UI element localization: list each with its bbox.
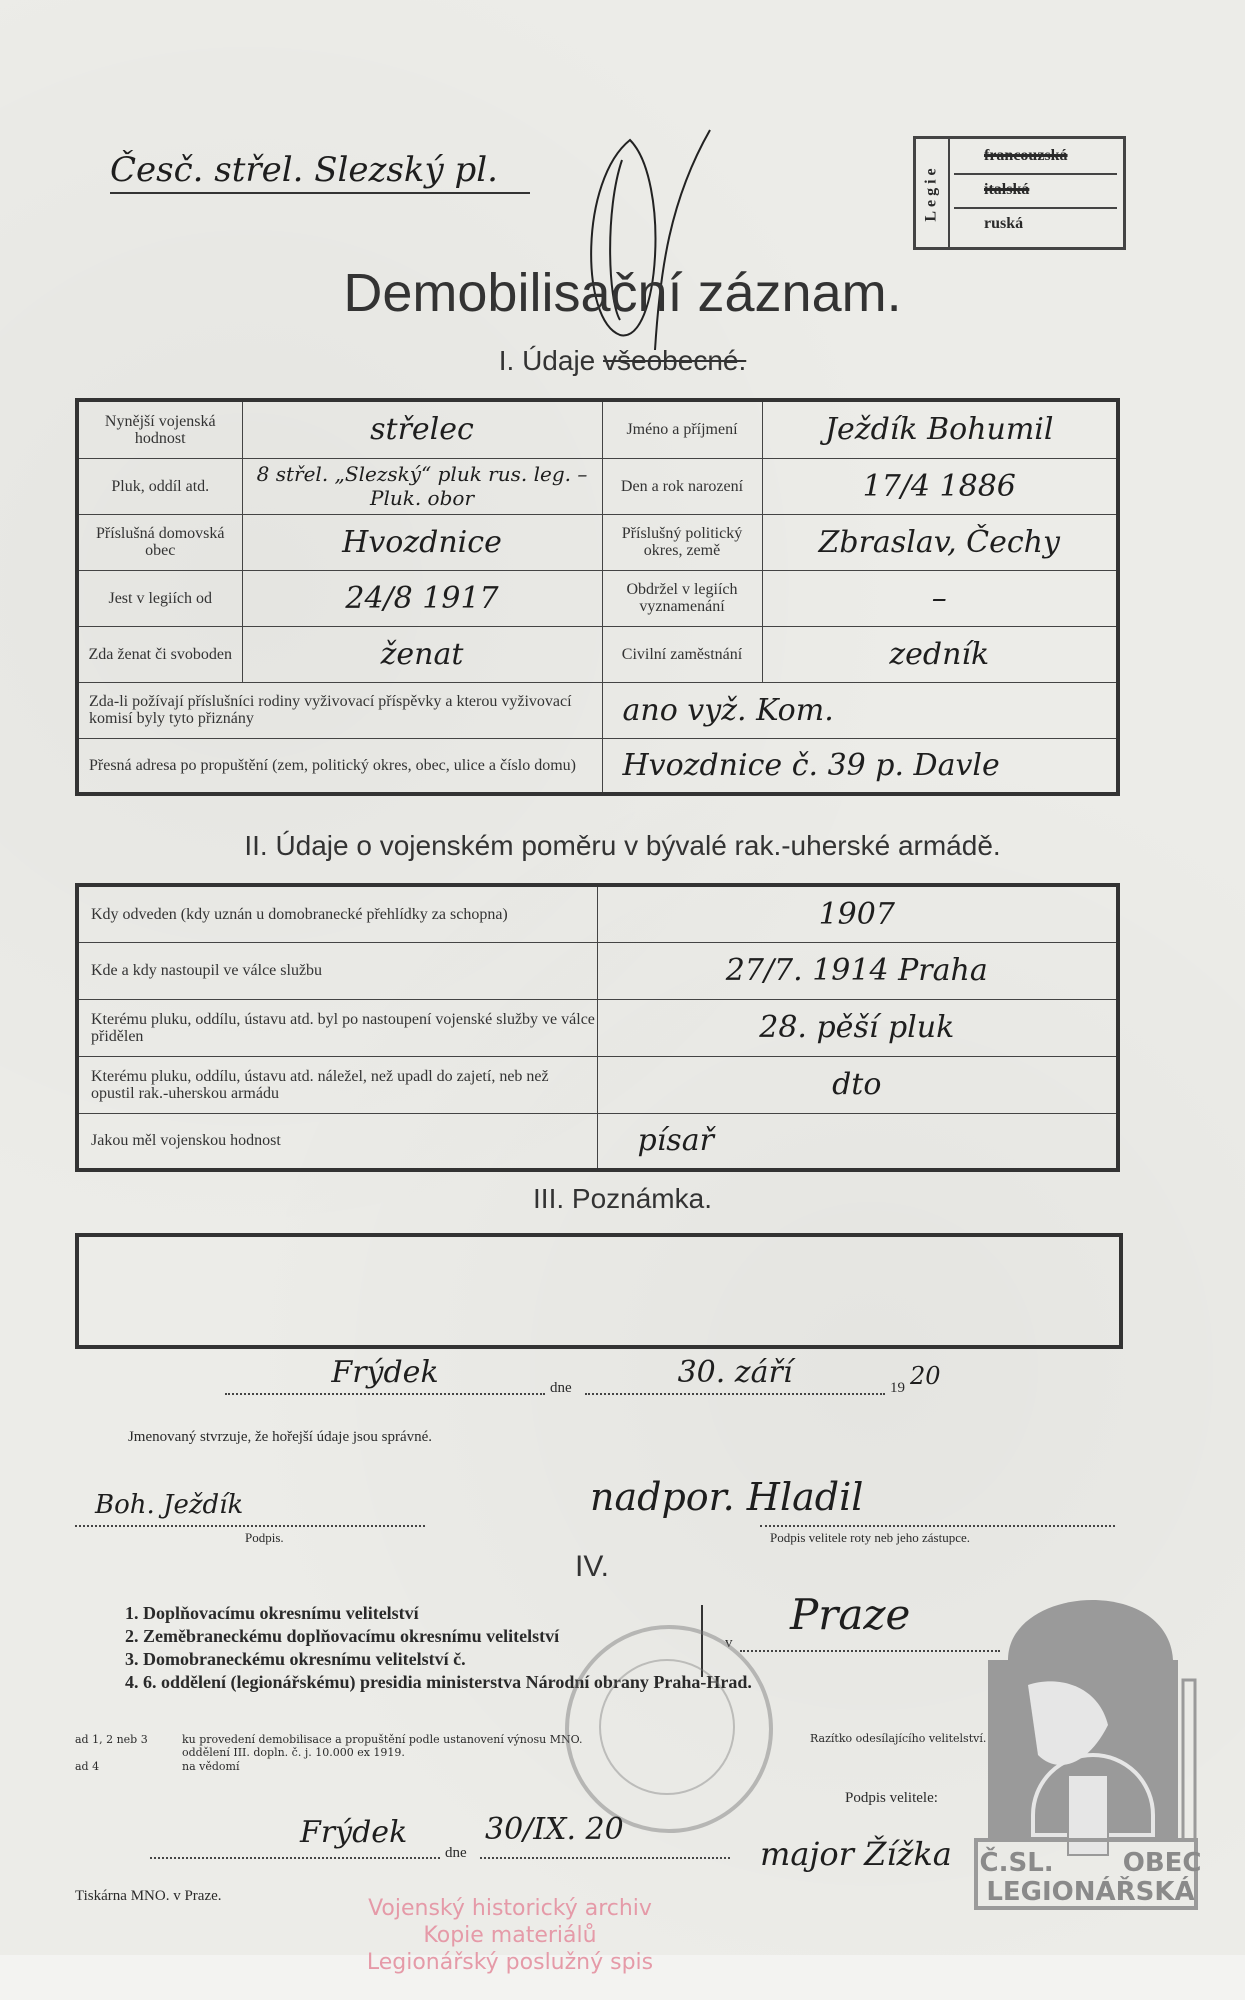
legie-option-italian: italská (954, 173, 1117, 209)
table-row: Přesná adresa po propuštění (zem, politi… (77, 738, 1118, 794)
table-row: Jakou měl vojenskou hodnost písař (77, 1113, 1118, 1170)
commander-sig-label: Podpis velitele: (845, 1790, 938, 1807)
document-page: Česč. střel. Slezský pl. Legie francouzs… (0, 0, 1245, 1955)
dispatch-dne-label: dne (445, 1845, 467, 1862)
stamp-label: Razítko odesílajícího velitelství. (810, 1732, 986, 1745)
field-value: – (762, 570, 1118, 626)
printer-label: Tiskárna MNO. v Praze. (75, 1888, 222, 1905)
field-value: písař (597, 1113, 1118, 1170)
field-label: Kde a kdy nastoupil ve válce službu (77, 942, 597, 999)
field-value: 27/7. 1914 Praha (597, 942, 1118, 999)
field-value: dto (597, 1056, 1118, 1113)
note-text-1: ku provedení demobilisace a propuštění p… (182, 1733, 602, 1759)
legion-logo: Č.SL. OBEC LEGIONÁŘSKÁ (968, 1565, 1213, 1910)
table-row: Zda-li požívají příslušníci rodiny vyživ… (77, 682, 1118, 738)
soldier-signature-label: Podpis. (245, 1530, 284, 1546)
field-label: Kterému pluku, oddílu, ústavu atd. byl p… (77, 999, 597, 1056)
field-value: Zbraslav, Čechy (762, 514, 1118, 570)
soldier-signature: Boh. Ježdík (95, 1490, 243, 1520)
section1-title: I. Údaje všeobecné. (0, 345, 1245, 377)
field-label: Příslušný politický okres, země (602, 514, 762, 570)
table-row: Kdy odveden (kdy uznán u domobranecké př… (77, 885, 1118, 942)
field-value: střelec (242, 400, 602, 458)
table-row: Jest v legiích od 24/8 1917 Obdržel v le… (77, 570, 1118, 626)
field-label: Přesná adresa po propuštění (zem, politi… (77, 738, 602, 794)
field-label: Nynější vojenská hodnost (77, 400, 242, 458)
commander-sig-value: major Žížka (760, 1835, 952, 1873)
commander-signature-label: Podpis velitele roty neb jeho zástupce. (770, 1530, 970, 1546)
unit-underline (110, 192, 530, 194)
table-row: Pluk, oddíl atd. 8 střel. „Slezský“ pluk… (77, 458, 1118, 514)
section4-title: IV. (575, 1550, 625, 1584)
field-value: 1907 (597, 885, 1118, 942)
field-label: Den a rok narození (602, 458, 762, 514)
field-value: Hvozdnice č. 39 p. Davle (602, 738, 1118, 794)
field-value: 8 střel. „Slezský“ pluk rus. leg. – Pluk… (242, 458, 602, 514)
table-row: Kterému pluku, oddílu, ústavu atd. nálež… (77, 1056, 1118, 1113)
legie-box: Legie francouzská italská ruská (913, 136, 1126, 250)
field-label: Jakou měl vojenskou hodnost (77, 1113, 597, 1170)
section2-title: II. Údaje o vojenském poměru v bývalé ra… (0, 830, 1245, 862)
dne-label: dne (550, 1380, 572, 1397)
field-value: zedník (762, 626, 1118, 682)
table-row: Kde a kdy nastoupil ve válce službu 27/7… (77, 942, 1118, 999)
field-value: Hvozdnice (242, 514, 602, 570)
field-label: Příslušná domovská obec (77, 514, 242, 570)
table-row: Kterému pluku, oddílu, ústavu atd. byl p… (77, 999, 1118, 1056)
legie-label: Legie (916, 139, 950, 247)
legie-option-french: francouzská (954, 139, 1117, 175)
field-label: Pluk, oddíl atd. (77, 458, 242, 514)
field-label: Kterému pluku, oddílu, ústavu atd. nálež… (77, 1056, 597, 1113)
field-value: ano vyž. Kom. (602, 682, 1118, 738)
field-label: Zda-li požívají příslušníci rodiny vyživ… (77, 682, 602, 738)
note-box (75, 1233, 1123, 1349)
year-prefix: 19 (890, 1380, 905, 1397)
field-label: Zda ženat či svoboden (77, 626, 242, 682)
note-ref-2: ad 4 (75, 1760, 99, 1773)
place-field: Frýdek (225, 1355, 545, 1395)
destination: Praze (790, 1590, 910, 1639)
commander-signature: nadpor. Hladil (590, 1475, 863, 1519)
logo-text-bottom: LEGIONÁŘSKÁ (968, 1877, 1213, 1907)
note-ref-1: ad 1, 2 neb 3 (75, 1733, 165, 1746)
unit-handwritten: Česč. střel. Slezský pl. (110, 150, 498, 190)
field-label: Civilní zaměstnání (602, 626, 762, 682)
list-item: 1. Doplňovacímu okresnímu velitelství (125, 1602, 752, 1625)
date-field: 30. září (585, 1355, 885, 1395)
field-label: Jméno a příjmení (602, 400, 762, 458)
document-title: Demobilisační záznam. (0, 262, 1245, 324)
confirm-text: Jmenovaný stvrzuje, že hořejší údaje jso… (100, 1428, 460, 1446)
note-text-2: na vědomí (182, 1760, 239, 1773)
table-row: Nynější vojenská hodnost střelec Jméno a… (77, 400, 1118, 458)
table-row: Zda ženat či svoboden ženat Civilní zamě… (77, 626, 1118, 682)
section3-title: III. Poznámka. (0, 1183, 1245, 1215)
field-value: Ježdík Bohumil (762, 400, 1118, 458)
round-stamp (565, 1625, 773, 1833)
field-label: Kdy odveden (kdy uznán u domobranecké př… (77, 885, 597, 942)
field-value: 17/4 1886 (762, 458, 1118, 514)
note-text (79, 1237, 1119, 1257)
year-suffix: 20 (910, 1362, 941, 1390)
section1-table: Nynější vojenská hodnost střelec Jméno a… (75, 398, 1120, 796)
field-label: Obdržel v legiích vyznamenání (602, 570, 762, 626)
field-value: 28. pěší pluk (597, 999, 1118, 1056)
dispatch-date: 30/IX. 20 (485, 1812, 624, 1847)
field-value: 24/8 1917 (242, 570, 602, 626)
table-row: Příslušná domovská obec Hvozdnice Příslu… (77, 514, 1118, 570)
legie-option-russian: ruská (954, 207, 1117, 241)
dispatch-place: Frýdek (300, 1815, 407, 1850)
logo-text-top: Č.SL. OBEC (968, 1848, 1213, 1878)
field-label: Jest v legiích od (77, 570, 242, 626)
archive-stamp: Vojenský historický archiv Kopie materiá… (300, 1895, 720, 1976)
field-value: ženat (242, 626, 602, 682)
section2-table: Kdy odveden (kdy uznán u domobranecké př… (75, 883, 1120, 1172)
